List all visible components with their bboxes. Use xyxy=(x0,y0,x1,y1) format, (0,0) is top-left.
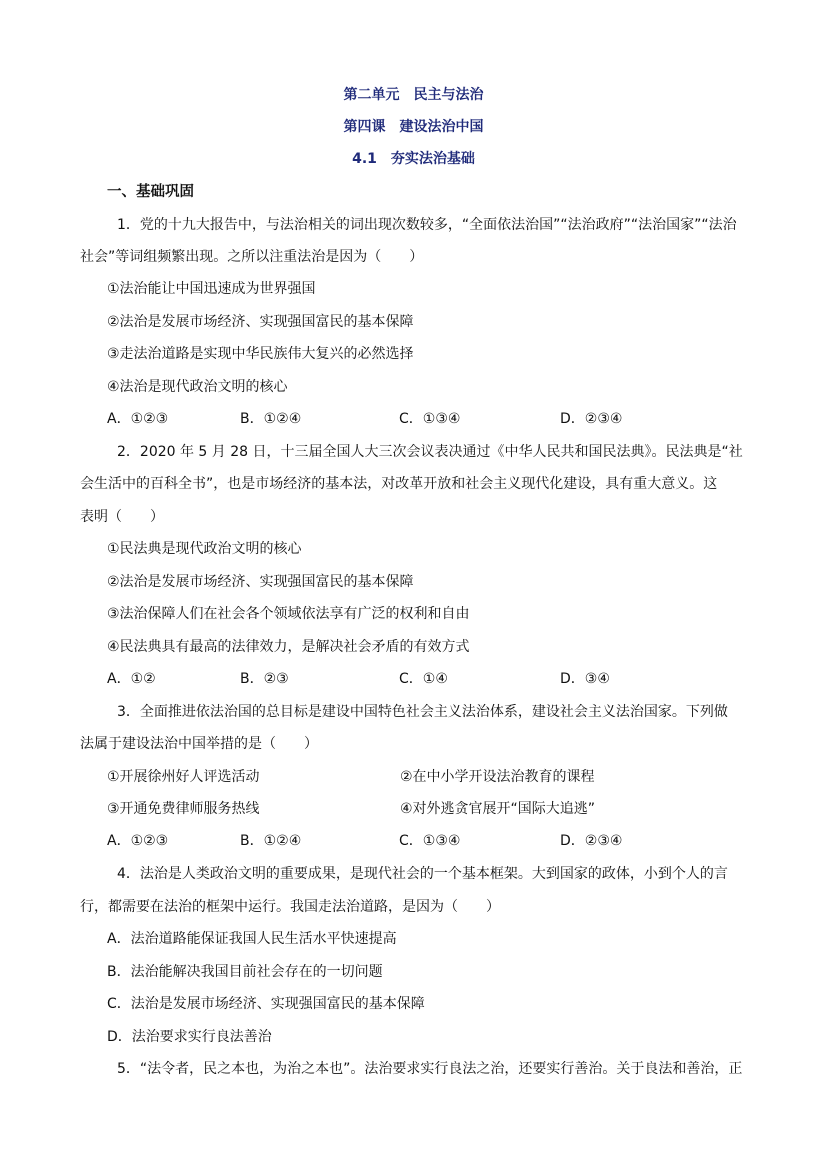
option-d[interactable]: D．②③④ xyxy=(560,409,622,429)
statement-item: ④对外逃贪官展开“国际大追逃” xyxy=(400,799,595,819)
option-a[interactable]: A．①②③ xyxy=(107,409,168,429)
question-stem-line: 5．“法令者，民之本也，为治之本也”。法治要求实行良法之治，还要实行善治。关于良… xyxy=(117,1059,742,1079)
option-a[interactable]: A．①②③ xyxy=(107,831,168,851)
statement-item: ③开通免费律师服务热线 xyxy=(107,799,260,819)
statement-item: ①民法典是现代政治文明的核心 xyxy=(107,539,302,559)
option-c[interactable]: C．法治是发展市场经济、实现强国富民的基本保障 xyxy=(107,994,425,1014)
statement-item: ②在中小学开设法治教育的课程 xyxy=(400,767,595,787)
option-b[interactable]: B．①②④ xyxy=(240,409,301,429)
lesson-title: 第四课 建设法治中国 xyxy=(0,117,827,137)
unit-title: 第二单元 民主与法治 xyxy=(0,85,827,105)
question-stem-line: 4．法治是人类政治文明的重要成果，是现代社会的一个基本框架。大到国家的政体，小到… xyxy=(117,864,728,884)
option-c[interactable]: C．①③④ xyxy=(399,409,460,429)
question-stem-line: 2．2020 年 5 月 28 日，十三届全国人大三次会议表决通过《中华人民共和… xyxy=(117,442,743,462)
question-stem-line: 行，都需要在法治的框架中运行。我国走法治道路，是因为（ ） xyxy=(80,897,500,917)
question-stem-line: 1．党的十九大报告中，与法治相关的词出现次数较多，“全面依法治国”“法治政府”“… xyxy=(117,215,737,235)
statement-item: ②法治是发展市场经济、实现强国富民的基本保障 xyxy=(107,312,414,332)
option-d[interactable]: D．②③④ xyxy=(560,831,622,851)
document-page: 第二单元 民主与法治 第四课 建设法治中国 4.1 夯实法治基础 一、基础巩固 … xyxy=(0,0,827,1169)
option-b[interactable]: B．①②④ xyxy=(240,831,301,851)
option-b[interactable]: B．②③ xyxy=(240,669,289,689)
option-a[interactable]: A．①② xyxy=(107,669,156,689)
question-stem-line: 社会”等词组频繁出现。之所以注重法治是因为（ ） xyxy=(80,247,423,267)
option-a[interactable]: A．法治道路能保证我国人民生活水平快速提高 xyxy=(107,929,397,949)
option-c[interactable]: C．①④ xyxy=(399,669,448,689)
option-c[interactable]: C．①③④ xyxy=(399,831,460,851)
section-heading: 一、基础巩固 xyxy=(107,182,194,202)
question-stem-line: 3．全面推进依法治国的总目标是建设中国特色社会主义法治体系，建设社会主义法治国家… xyxy=(117,702,728,722)
option-d[interactable]: D．法治要求实行良法善治 xyxy=(107,1027,272,1047)
question-stem-line: 会生活中的百科全书”，也是市场经济的基本法，对改革开放和社会主义现代化建设，具有… xyxy=(80,474,717,494)
section-title: 4.1 夯实法治基础 xyxy=(0,149,827,169)
option-b[interactable]: B．法治能解决我国目前社会存在的一切问题 xyxy=(107,962,383,982)
question-stem-line: 法属于建设法治中国举措的是（ ） xyxy=(80,734,318,754)
statement-item: ③法治保障人们在社会各个领域依法享有广泛的权利和自由 xyxy=(107,604,470,624)
statement-item: ①开展徐州好人评选活动 xyxy=(107,767,260,787)
statement-item: ②法治是发展市场经济、实现强国富民的基本保障 xyxy=(107,572,414,592)
option-d[interactable]: D．③④ xyxy=(560,669,610,689)
statement-item: ④法治是现代政治文明的核心 xyxy=(107,377,288,397)
statement-item: ③走法治道路是实现中华民族伟大复兴的必然选择 xyxy=(107,344,414,364)
statement-item: ①法治能让中国迅速成为世界强国 xyxy=(107,279,316,299)
statement-item: ④民法典具有最高的法律效力，是解决社会矛盾的有效方式 xyxy=(107,637,470,657)
question-stem-line: 表明（ ） xyxy=(80,507,164,527)
